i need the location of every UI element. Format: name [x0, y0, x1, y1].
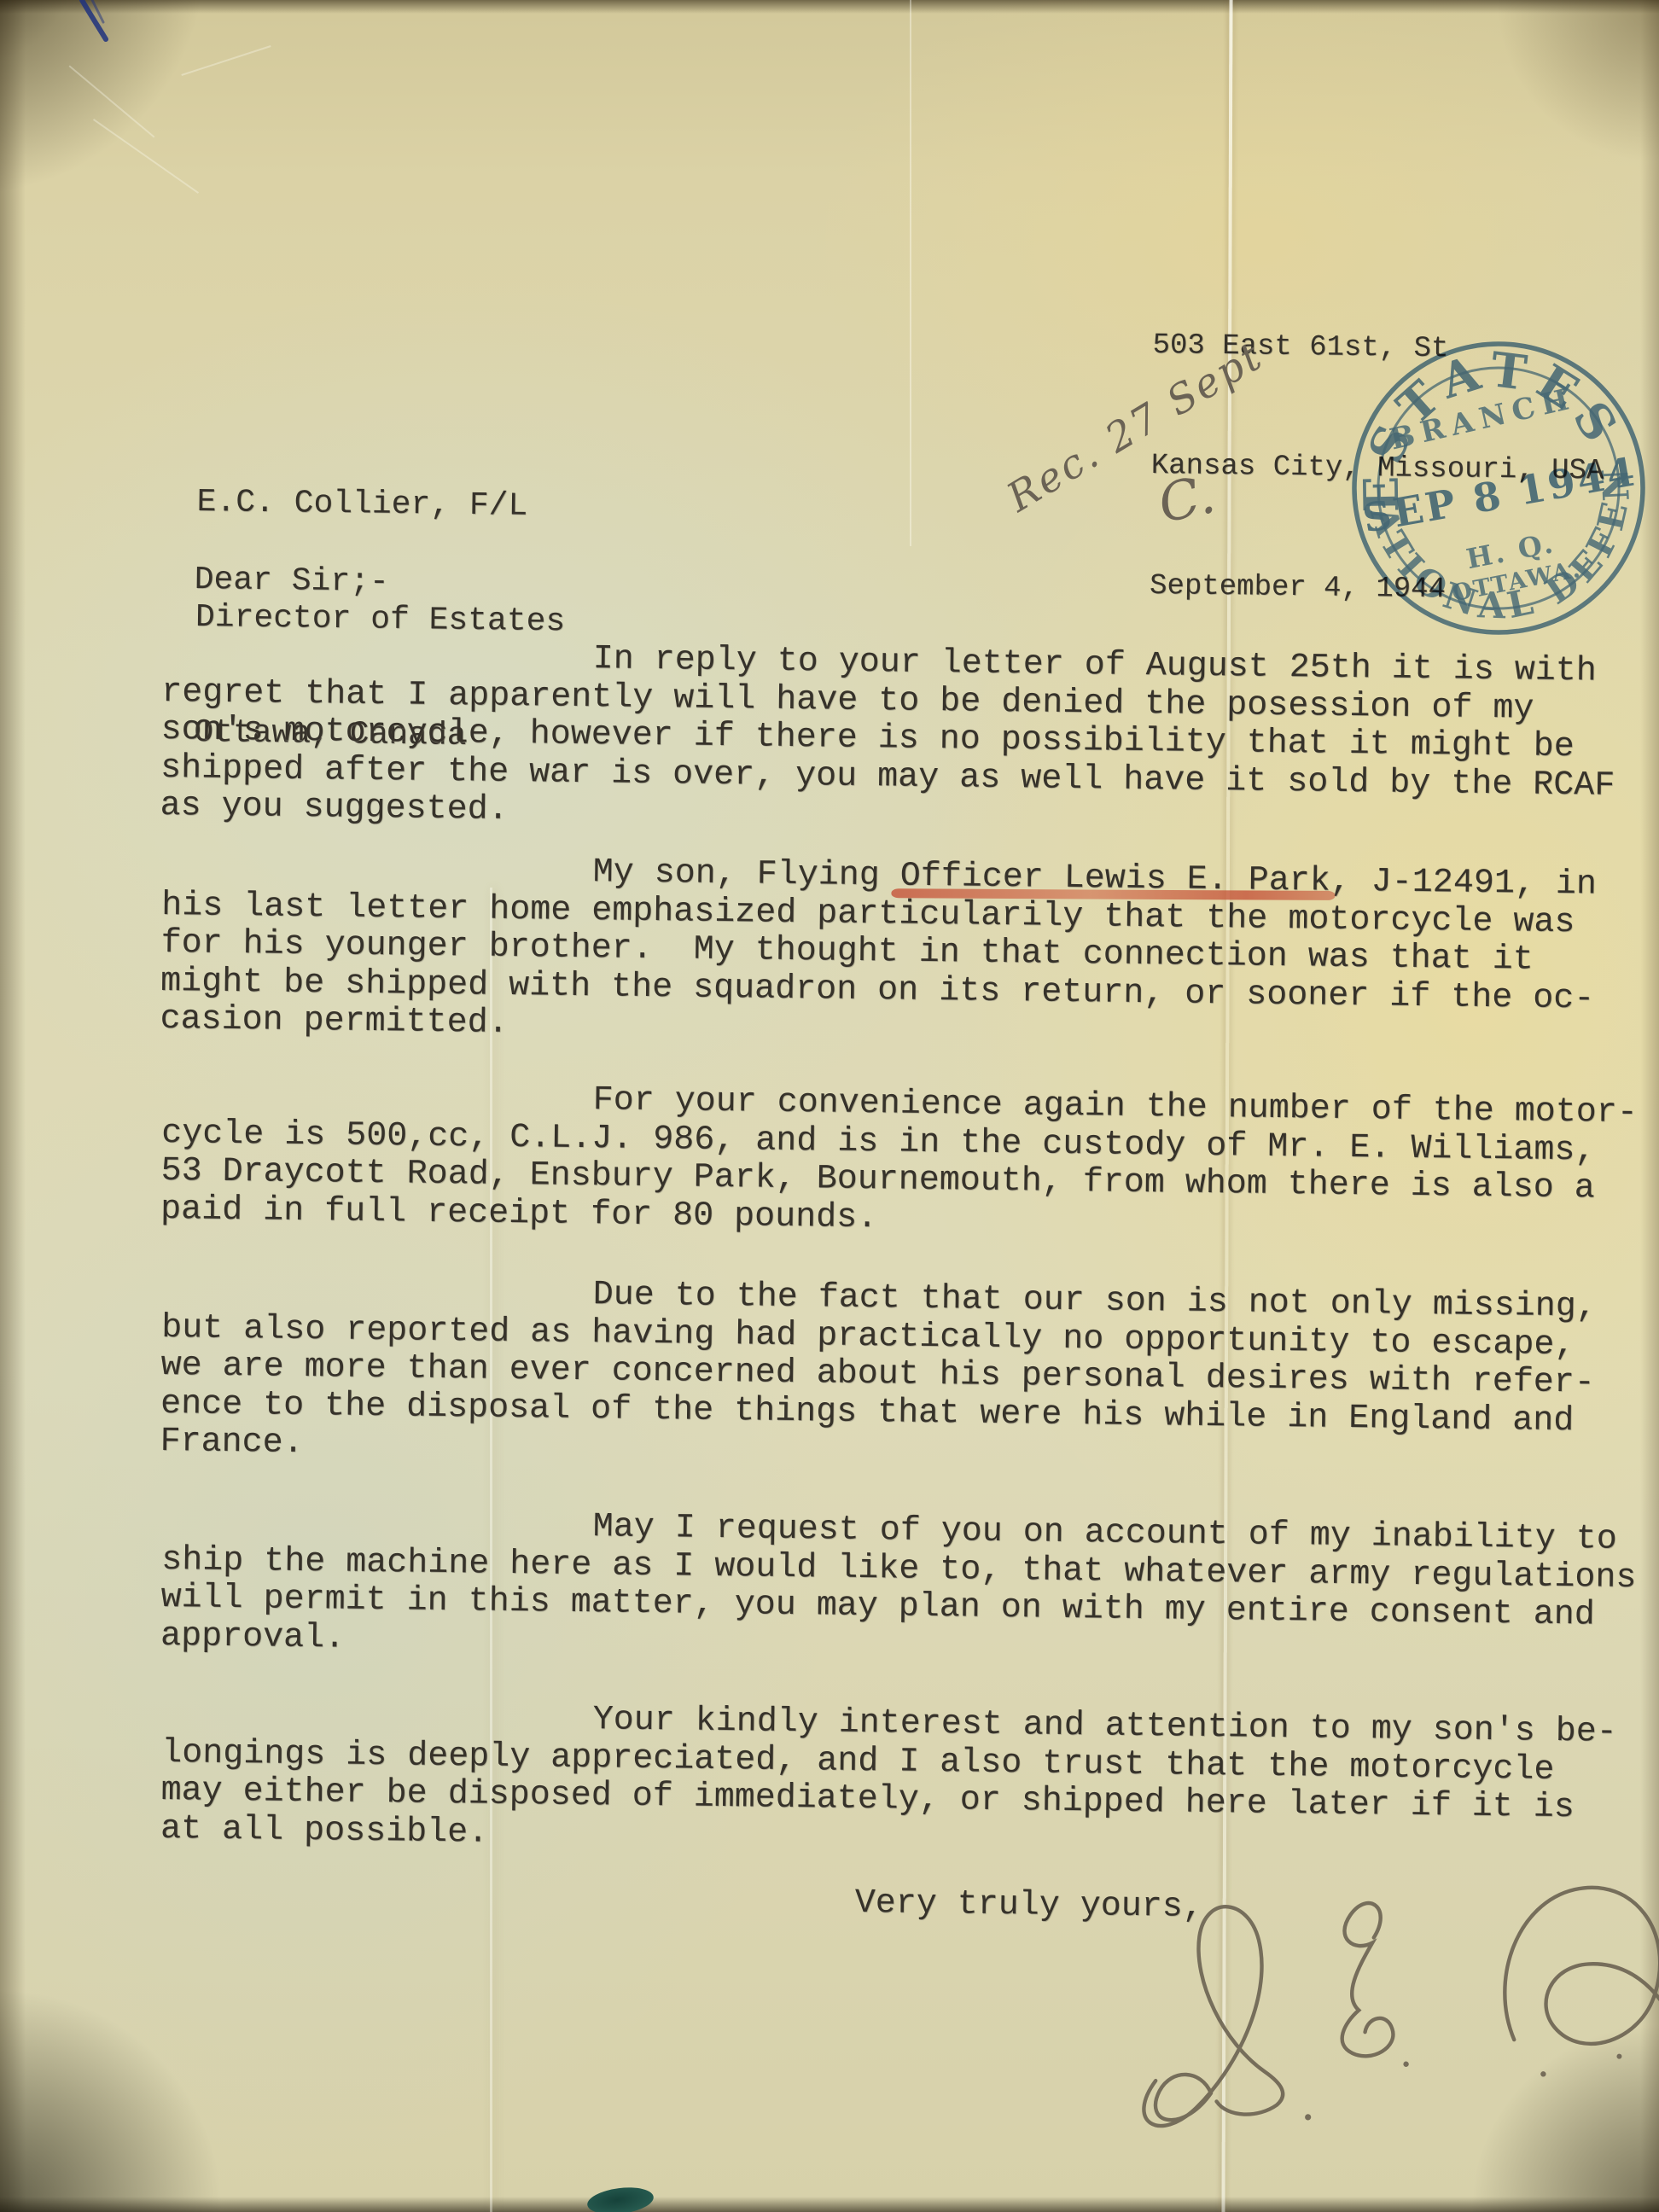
paragraph-6: Your kindly interest and attention to my…	[160, 1697, 1617, 1866]
recipient-name: E.C. Collier, F/L	[196, 483, 567, 526]
red-underline-mark: Officer Lewis E. Park	[899, 858, 1330, 901]
blue-pen-mark	[82, 0, 106, 39]
estates-branch-stamp: ESTATES NATIONAL DEFENCE BRANCH SEP 8 19…	[1328, 317, 1659, 659]
paragraph-4: Due to the fact that our son is not only…	[160, 1272, 1597, 1479]
paragraph-2: My son, Flying Officer Lewis E. Park, J-…	[160, 849, 1597, 1057]
recipient-title: Director of Estates	[195, 598, 566, 641]
signature-handwriting	[1096, 1851, 1659, 2162]
teal-bottom-mark	[585, 2184, 655, 2212]
letter-photo: 503 East 61st, St Kansas City, Missouri,…	[0, 0, 1659, 2212]
paragraph-1: In reply to your letter of August 25th i…	[160, 636, 1616, 843]
blue-pen-mark	[92, 0, 103, 22]
wrinkle	[69, 65, 155, 137]
vertical-fold-top	[910, 0, 911, 546]
paragraph-3: For your convenience again the number of…	[160, 1077, 1638, 1247]
paragraph-5: May I request of you on account of my in…	[160, 1504, 1637, 1674]
salutation: Dear Sir;-	[194, 562, 389, 601]
wrinkle	[181, 45, 271, 76]
